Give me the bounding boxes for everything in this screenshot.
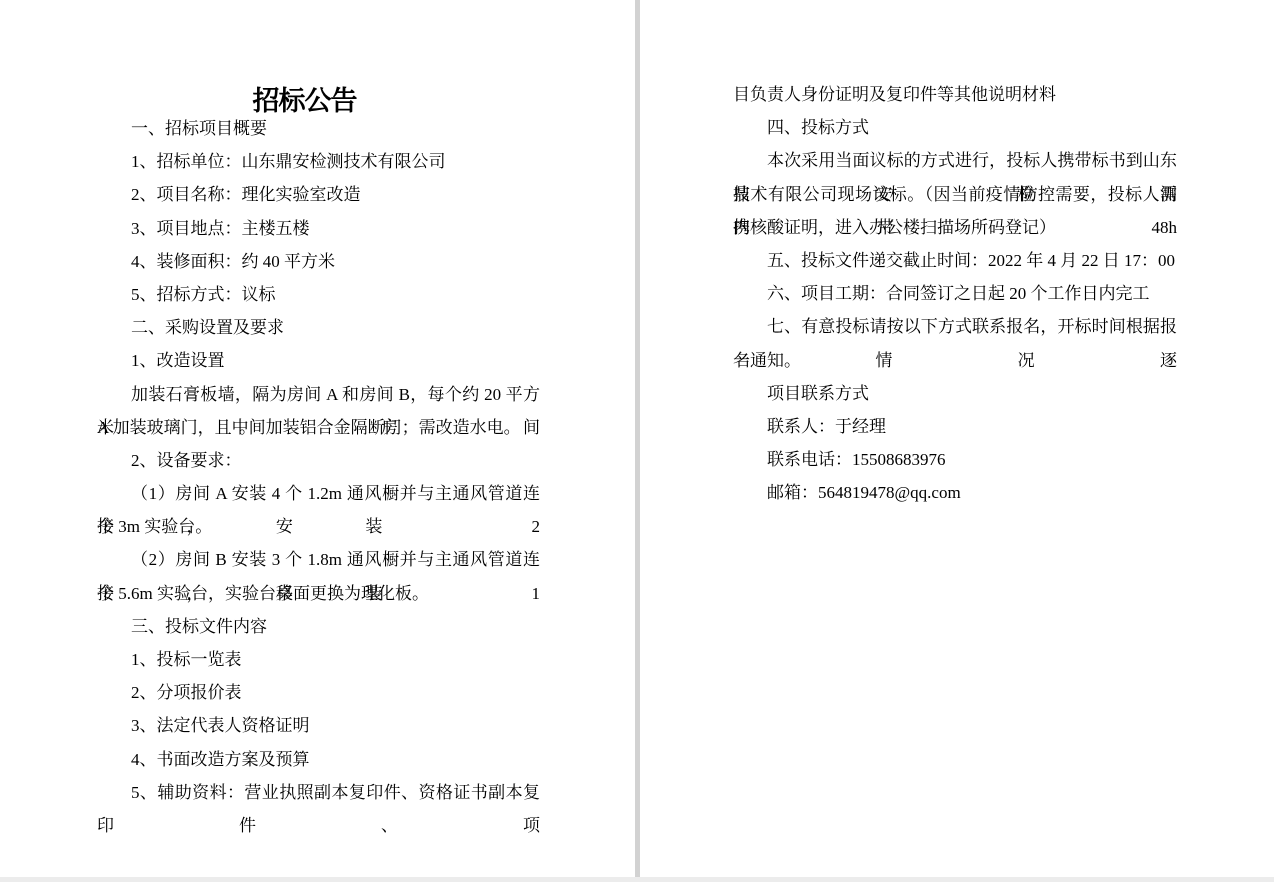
text-line: 技术有限公司现场议标。（因当前疫情防控需要，投标人需携带 48h xyxy=(733,178,1177,211)
page-2-text-block: 目负责人身份证明及复印件等其他说明材料四、投标方式本次采用当面议标的方式进行，投… xyxy=(733,78,1177,509)
text-line: 六、项目工期：合同签订之日起 20 个工作日内完工 xyxy=(733,277,1177,310)
text-line: 七、有意投标请按以下方式联系报名，开标时间根据报名情况逐 xyxy=(733,310,1177,343)
text-line: 5、辅助资料：营业执照副本复印件、资格证书副本复印件、项 xyxy=(97,776,540,809)
text-line: 联系人：于经理 xyxy=(733,410,1177,443)
text-line: 四、投标方式 xyxy=(733,111,1177,144)
horizontal-scrollbar-track[interactable] xyxy=(0,877,1274,882)
text-line: 1、改造设置 xyxy=(97,344,540,377)
text-line: 邮箱：564819478@qq.com xyxy=(733,476,1177,509)
text-line: 4、装修面积：约 40 平方米 xyxy=(97,245,540,278)
text-line: 1、招标单位：山东鼎安检测技术有限公司 xyxy=(97,145,540,178)
text-line: 2、分项报价表 xyxy=(97,676,540,709)
text-line: 加装石膏板墙，隔为房间 A 和房间 B，每个约 20 平方米。房间 xyxy=(97,378,540,411)
text-line: 1、投标一览表 xyxy=(97,643,540,676)
text-line: 一、招标项目概要 xyxy=(97,112,540,145)
page-1-text-block: 一、招标项目概要1、招标单位：山东鼎安检测技术有限公司2、项目名称：理化实验室改… xyxy=(97,112,540,809)
document-page-2: 目负责人身份证明及复印件等其他说明材料四、投标方式本次采用当面议标的方式进行，投… xyxy=(640,0,1274,877)
text-line: 二、采购设置及要求 xyxy=(97,311,540,344)
text-line: 2、设备要求： xyxy=(97,444,540,477)
text-line: （2）房间 B 安装 3 个 1.8m 通风橱并与主通风管道连接，移装 1 xyxy=(97,543,540,576)
text-line: 3、法定代表人资格证明 xyxy=(97,709,540,742)
text-line: 本次采用当面议标的方式进行，投标人携带标书到山东鼎安检测 xyxy=(733,144,1177,177)
text-line: 五、投标文件递交截止时间：2022 年 4 月 22 日 17：00 xyxy=(733,244,1177,277)
text-line: A 加装玻璃门，且中间加装铝合金隔断门；需改造水电。 xyxy=(97,411,540,444)
text-line: 2、项目名称：理化实验室改造 xyxy=(97,178,540,211)
text-line: 目负责人身份证明及复印件等其他说明材料 xyxy=(733,78,1177,111)
text-line: （1）房间 A 安装 4 个 1.2m 通风橱并与主通风管道连接，安装 2 xyxy=(97,477,540,510)
text-line: 4、书面改造方案及预算 xyxy=(97,743,540,776)
text-line: 项目联系方式 xyxy=(733,377,1177,410)
text-line: 三、投标文件内容 xyxy=(97,610,540,643)
document-viewer: 招标公告 一、招标项目概要1、招标单位：山东鼎安检测技术有限公司2、项目名称：理… xyxy=(0,0,1274,882)
document-page-1: 招标公告 一、招标项目概要1、招标单位：山东鼎安检测技术有限公司2、项目名称：理… xyxy=(0,0,635,877)
text-line: 联系电话：15508683976 xyxy=(733,443,1177,476)
text-line: 5、招标方式：议标 xyxy=(97,278,540,311)
text-line: 3、项目地点：主楼五楼 xyxy=(97,212,540,245)
